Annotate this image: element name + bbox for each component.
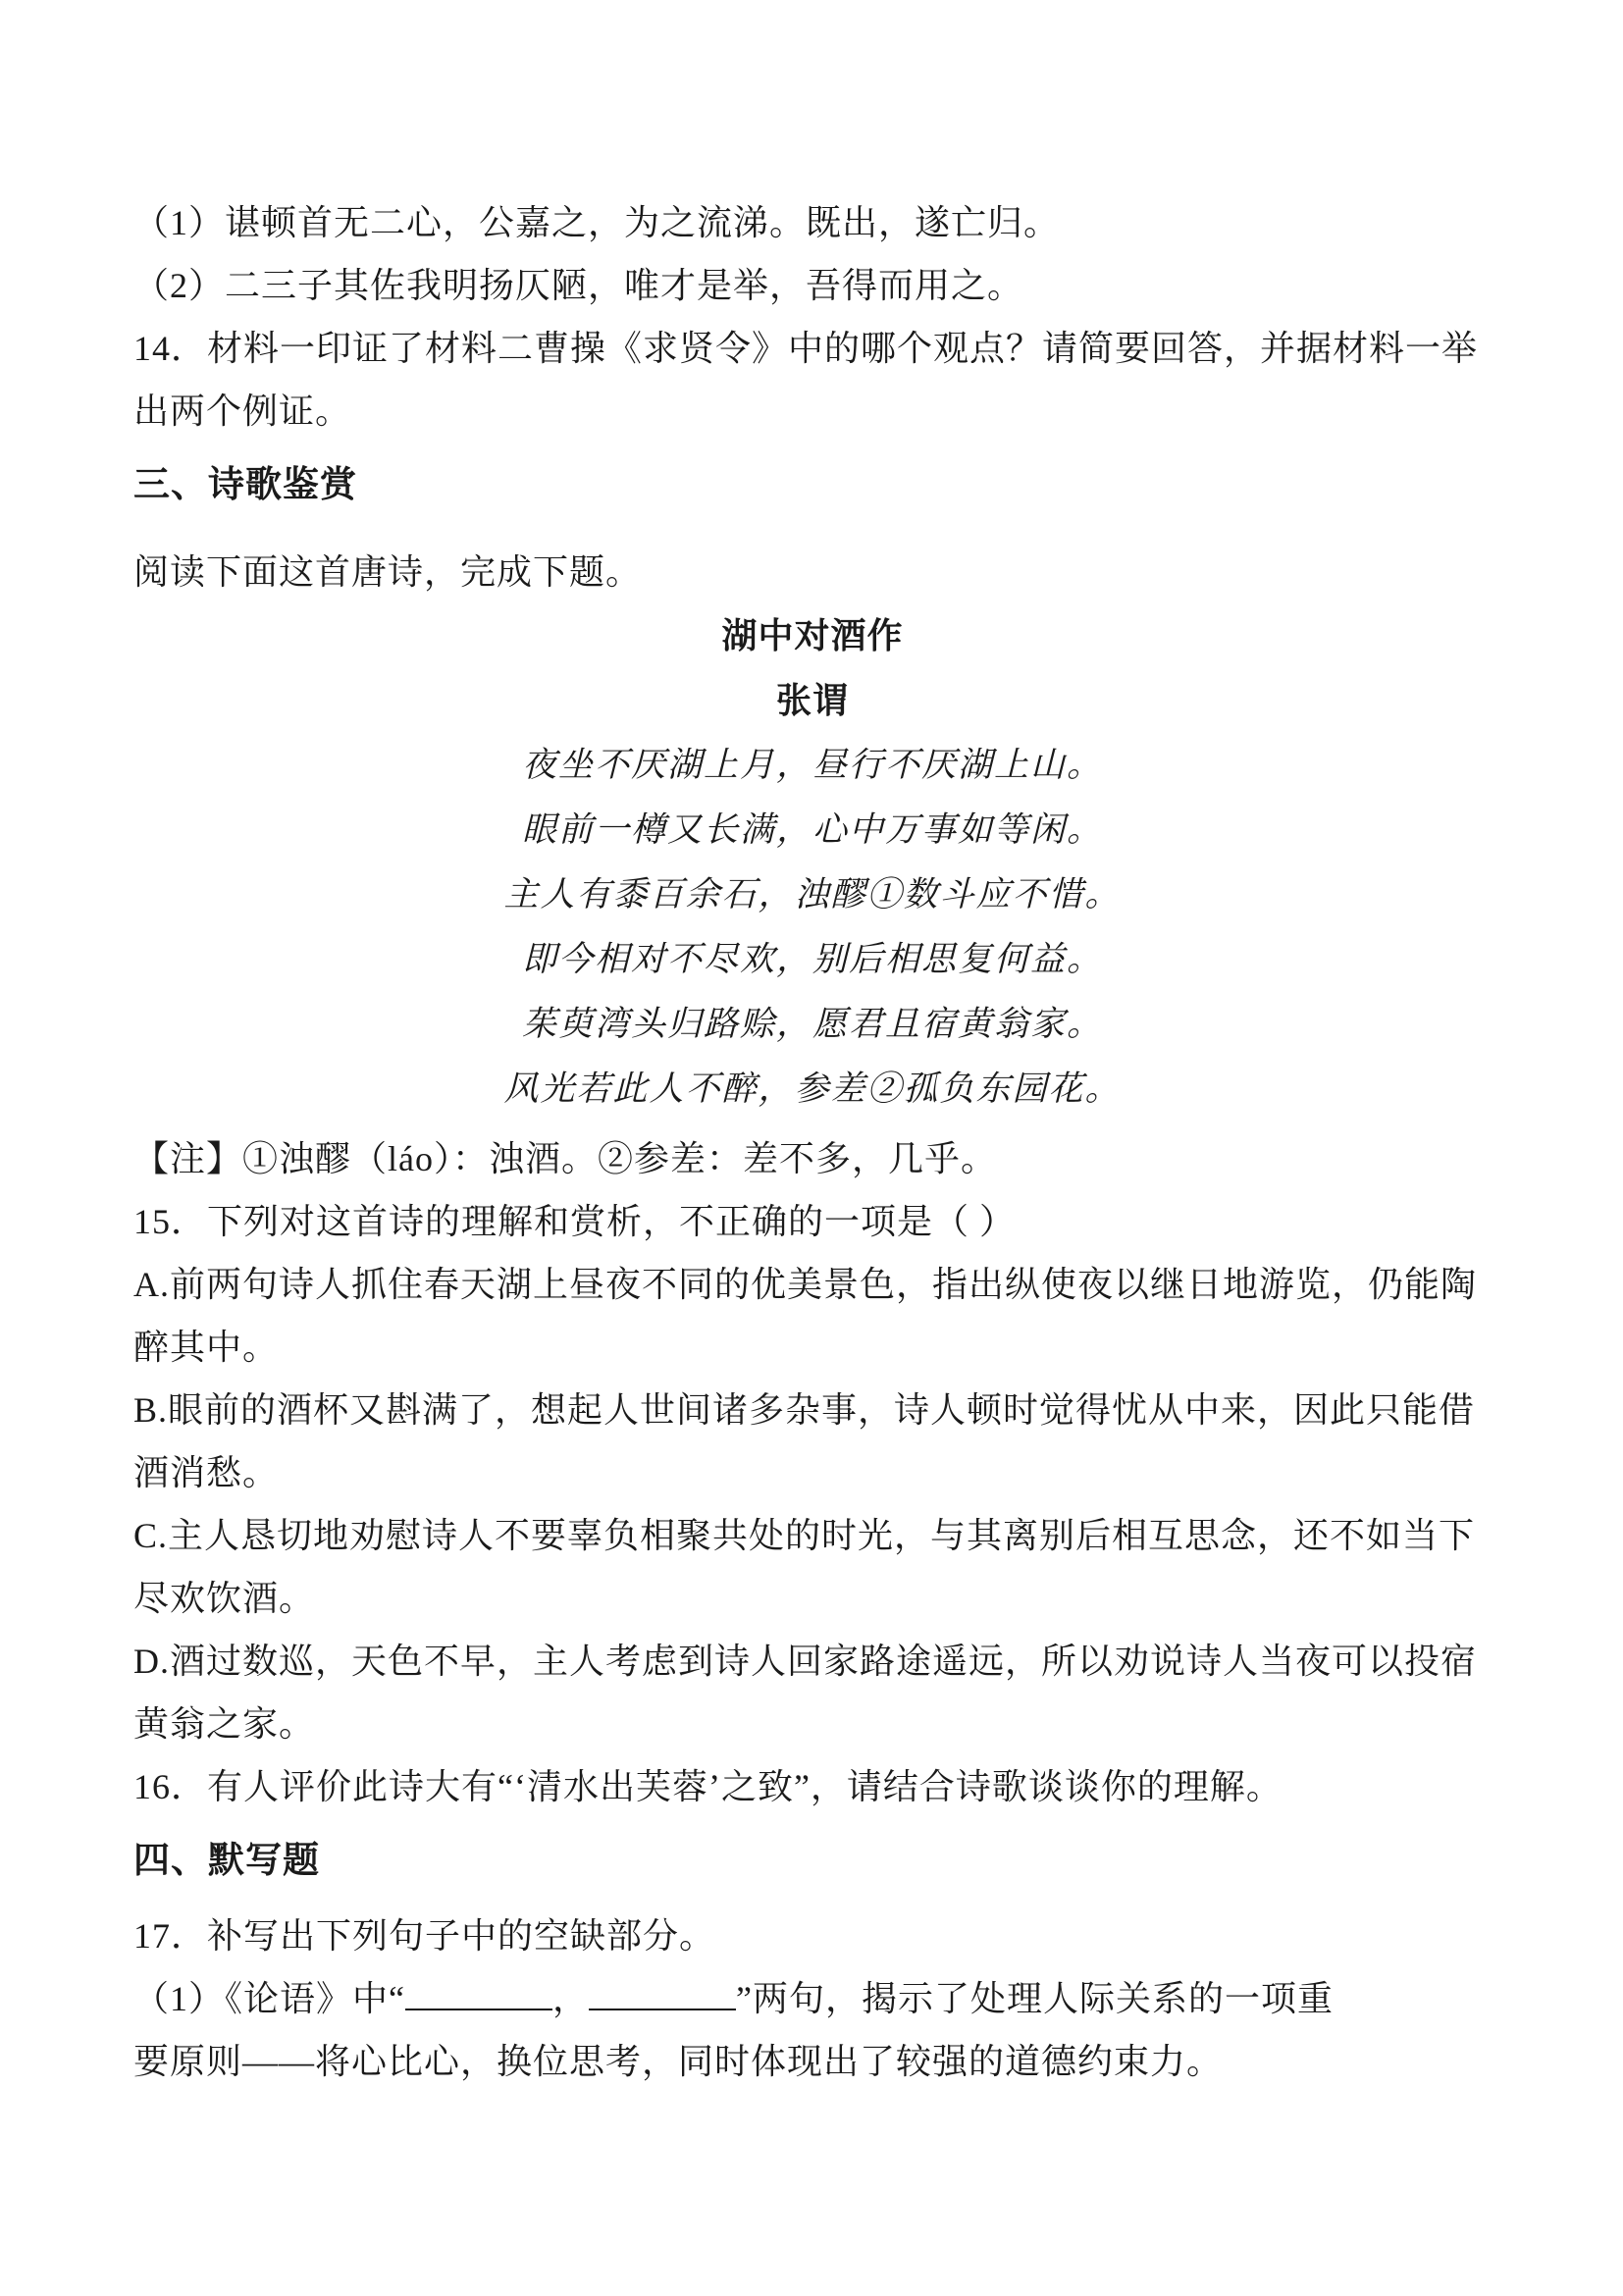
question-15-option-b: B.眼前的酒杯又斟满了，想起人世间诸多杂事，诗人顿时觉得忧从中来，因此只能借 酒… bbox=[133, 1379, 1492, 1504]
option-c-line-1: C.主人恳切地劝慰诗人不要辜负相聚共处的时光，与其离别后相互思念，还不如当下 bbox=[133, 1504, 1492, 1567]
question-17-stem: 17．补写出下列句子中的空缺部分。 bbox=[133, 1905, 1492, 1967]
option-c-line-2: 尽欢饮酒。 bbox=[133, 1567, 1492, 1630]
poem-note: 【注】①浊醪（láo）：浊酒。②参差：差不多，几乎。 bbox=[133, 1127, 1492, 1190]
question-15-option-a: A.前两句诗人抓住春天湖上昼夜不同的优美景色，指出纵使夜以继日地游览，仍能陶 醉… bbox=[133, 1253, 1492, 1379]
option-a-line-1: A.前两句诗人抓住春天湖上昼夜不同的优美景色，指出纵使夜以继日地游览，仍能陶 bbox=[133, 1253, 1492, 1316]
question-14: 14．材料一印证了材料二曹操《求贤令》中的哪个观点？请简要回答，并据材料一举 出… bbox=[133, 317, 1492, 443]
poem-title: 湖中对酒作 bbox=[133, 603, 1492, 668]
poem-line: 茱萸湾头归路赊，愿君且宿黄翁家。 bbox=[133, 992, 1492, 1057]
question-15-option-d: D.酒过数巡，天色不早，主人考虑到诗人回家路途遥远，所以劝说诗人当夜可以投宿 黄… bbox=[133, 1630, 1492, 1755]
option-a-line-2: 醉其中。 bbox=[133, 1316, 1492, 1379]
exam-page: （1）谌顿首无二心，公嘉之，为之流涕。既出，遂亡归。 （2）二三子其佐我明扬仄陋… bbox=[0, 0, 1623, 2296]
option-d-line-2: 黄翁之家。 bbox=[133, 1693, 1492, 1755]
question-16: 16．有人评价此诗大有“‘清水出芙蓉’之致”，请结合诗歌谈谈你的理解。 bbox=[133, 1755, 1492, 1818]
poem-line: 夜坐不厌湖上月，昼行不厌湖上山。 bbox=[133, 733, 1492, 798]
translation-answer-1: （1）谌顿首无二心，公嘉之，为之流涕。既出，遂亡归。 bbox=[133, 191, 1492, 254]
fill-in-blank-1 bbox=[405, 2009, 552, 2010]
question-15-stem: 15．下列对这首诗的理解和赏析，不正确的一项是（ ） bbox=[133, 1190, 1492, 1253]
question-14-line-1: 14．材料一印证了材料二曹操《求贤令》中的哪个观点？请简要回答，并据材料一举 bbox=[133, 317, 1492, 380]
question-15-option-c: C.主人恳切地劝慰诗人不要辜负相聚共处的时光，与其离别后相互思念，还不如当下 尽… bbox=[133, 1504, 1492, 1630]
question-17-item-1-line-2: 要原则——将心比心，换位思考，同时体现出了较强的道德约束力。 bbox=[133, 2030, 1492, 2093]
question-17-item-1-separator: ， bbox=[552, 1979, 589, 2018]
question-17-item-1-after-blanks: ”两句，揭示了处理人际关系的一项重 bbox=[736, 1979, 1334, 2018]
poem-line: 主人有黍百余石，浊醪①数斗应不惜。 bbox=[133, 862, 1492, 927]
option-b-line-2: 酒消愁。 bbox=[133, 1441, 1492, 1504]
fill-in-blank-2 bbox=[589, 2009, 736, 2010]
poem-line: 即今相对不尽欢，别后相思复何益。 bbox=[133, 927, 1492, 992]
section-heading-dictation: 四、默写题 bbox=[133, 1830, 1492, 1893]
option-d-line-1: D.酒过数巡，天色不早，主人考虑到诗人回家路途遥远，所以劝说诗人当夜可以投宿 bbox=[133, 1630, 1492, 1693]
poem-author: 张谓 bbox=[133, 668, 1492, 733]
question-14-line-2: 出两个例证。 bbox=[133, 380, 1492, 443]
poem: 湖中对酒作 张谓 夜坐不厌湖上月，昼行不厌湖上山。 眼前一樽又长满，心中万事如等… bbox=[133, 603, 1492, 1122]
question-17-item-1: （1）《论语》中“，”两句，揭示了处理人际关系的一项重 要原则——将心比心，换位… bbox=[133, 1967, 1492, 2093]
translation-answer-2: （2）二三子其佐我明扬仄陋，唯才是举，吾得而用之。 bbox=[133, 254, 1492, 317]
section-heading-poetry: 三、诗歌鉴赏 bbox=[133, 454, 1492, 517]
poem-line: 眼前一樽又长满，心中万事如等闲。 bbox=[133, 798, 1492, 862]
poetry-intro: 阅读下面这首唐诗，完成下题。 bbox=[133, 541, 1492, 603]
option-b-line-1: B.眼前的酒杯又斟满了，想起人世间诸多杂事，诗人顿时觉得忧从中来，因此只能借 bbox=[133, 1379, 1492, 1441]
poem-line: 风光若此人不醉，参差②孤负东园花。 bbox=[133, 1057, 1492, 1122]
question-17-item-1-prefix: （1）《论语》中“ bbox=[133, 1979, 405, 2018]
